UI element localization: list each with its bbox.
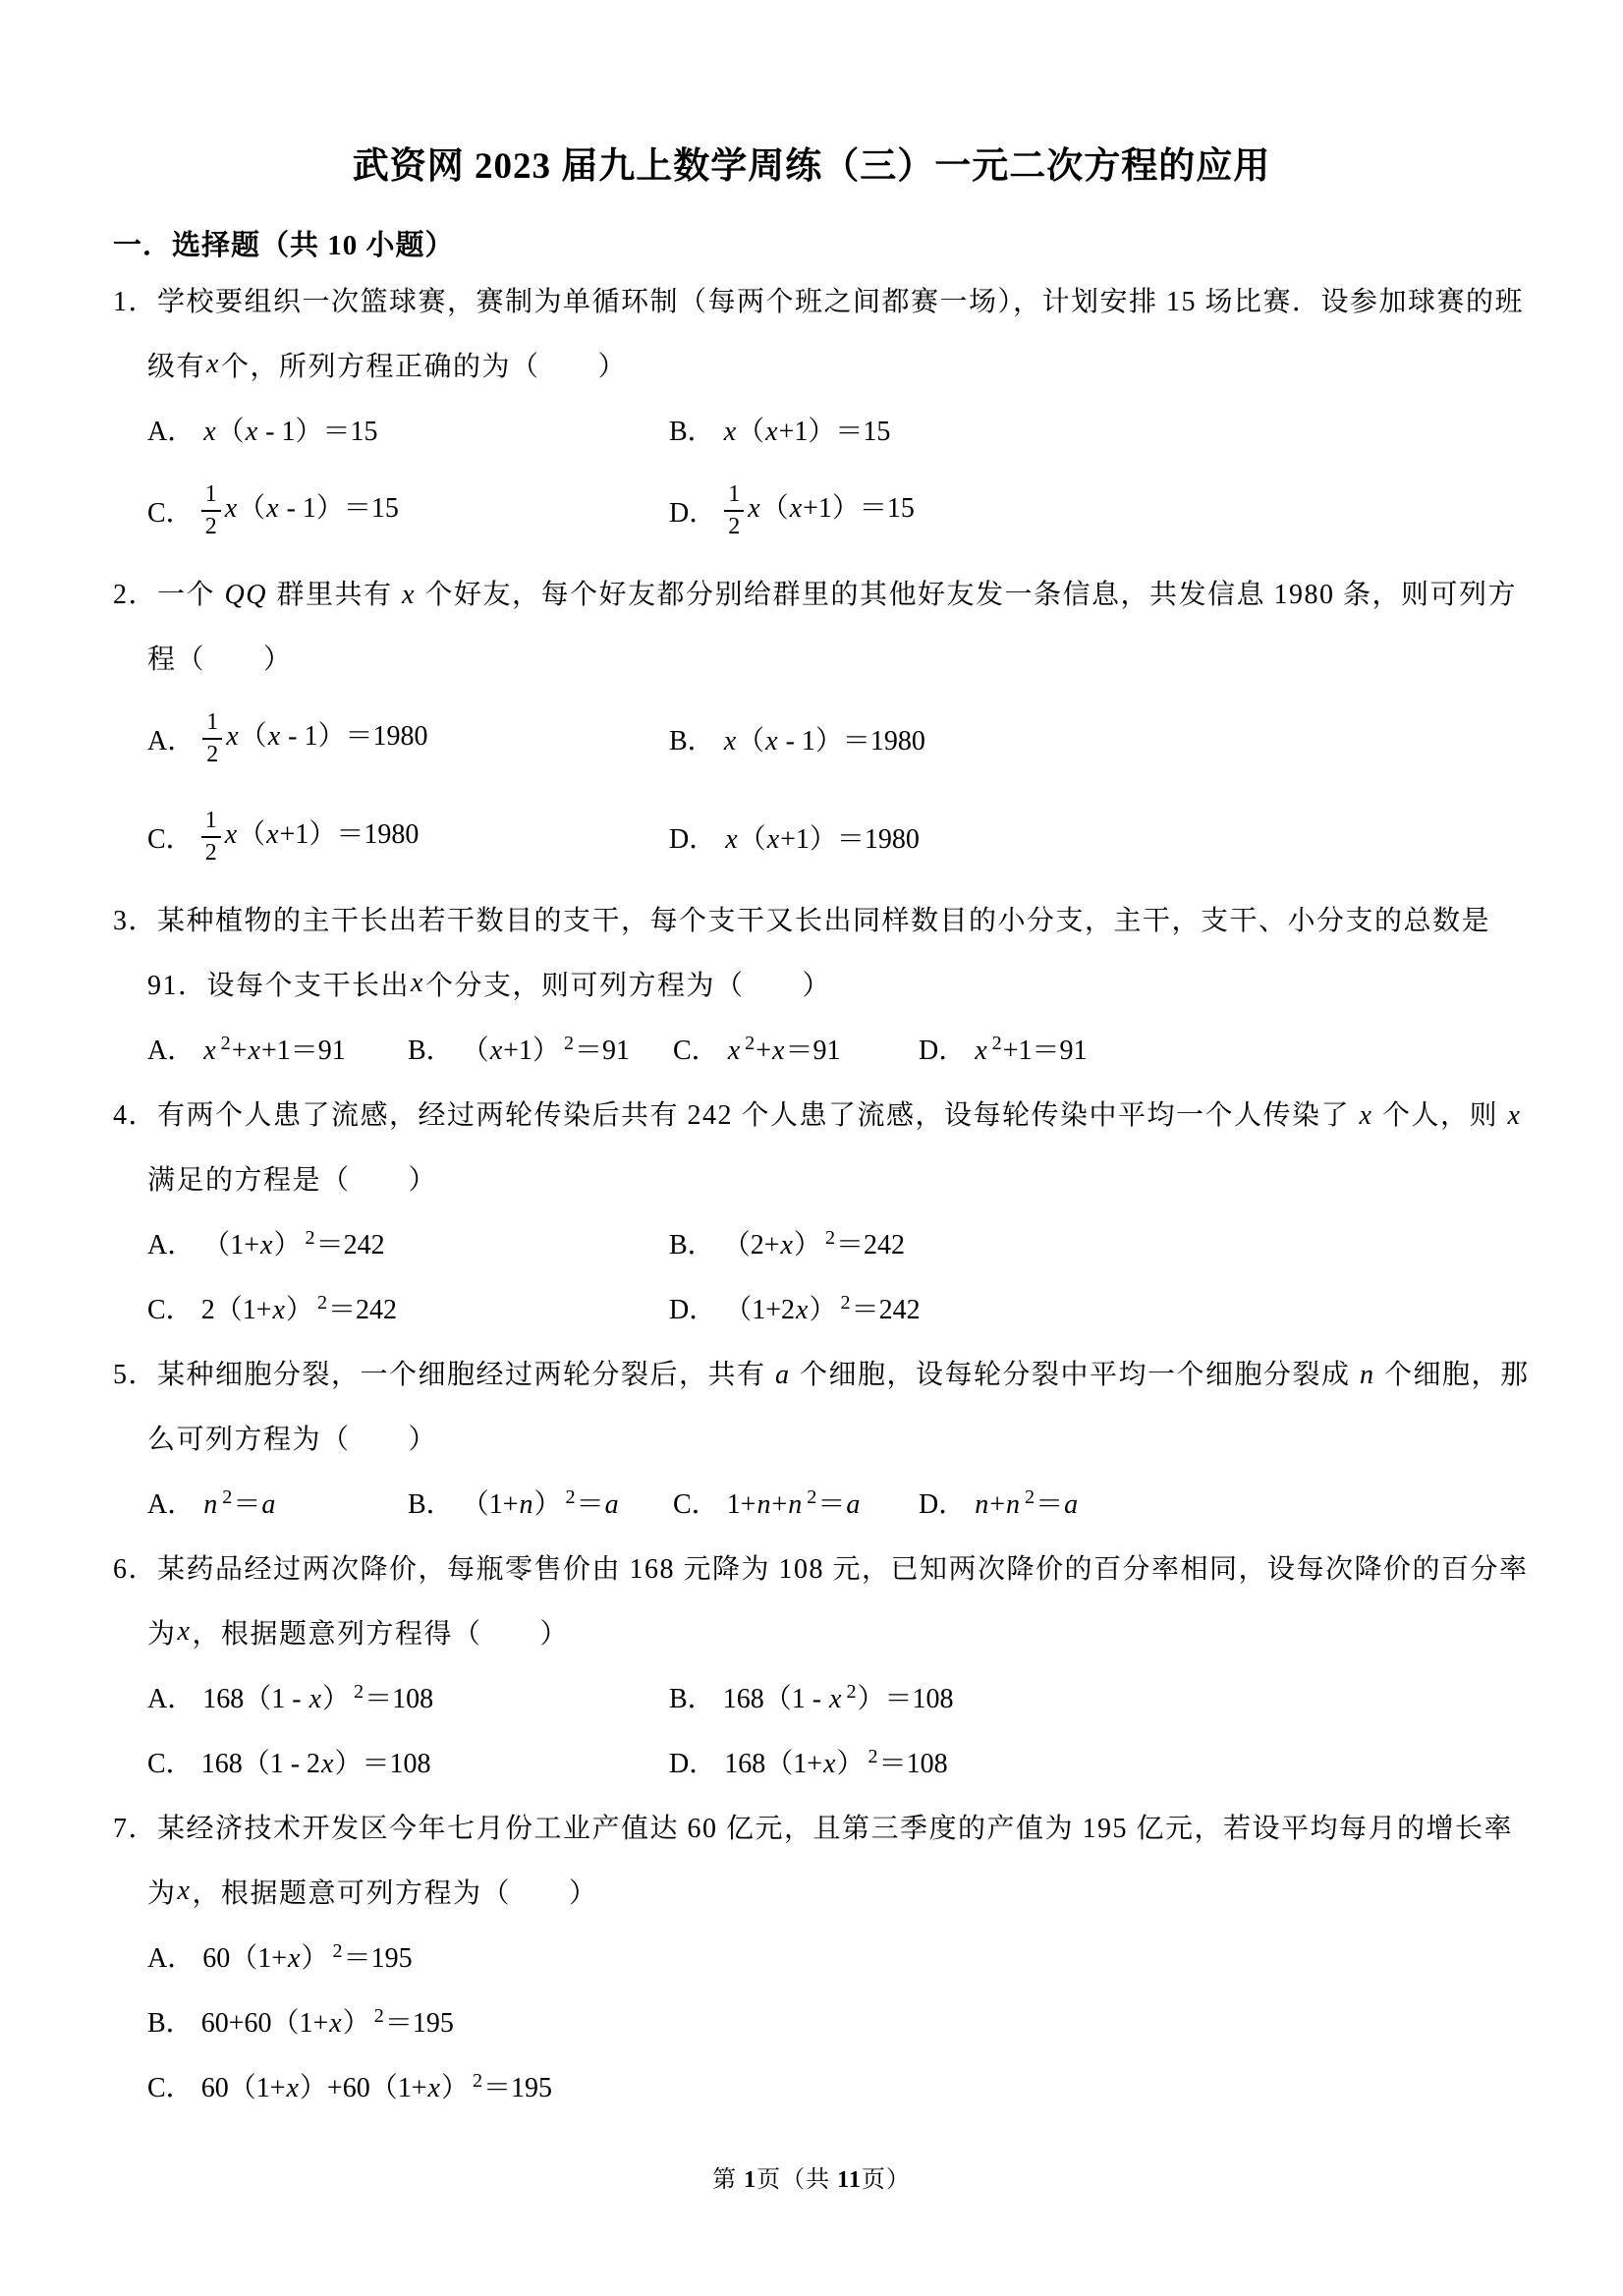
option-label: D． bbox=[669, 1288, 716, 1327]
question-5-option-c: C．1+n+n2＝a bbox=[673, 1483, 919, 1522]
option-math: x2+x＝91 bbox=[727, 1029, 841, 1068]
option-label: A． bbox=[147, 1483, 195, 1522]
question-5-options-row: A．n2＝a B．（1+n）2＝a C．1+n+n2＝a D．n+n2＝a bbox=[113, 1470, 1510, 1535]
question-6-number: 6． bbox=[113, 1547, 157, 1587]
question-4-number: 4． bbox=[113, 1093, 157, 1133]
question-4-stem-line-1: 4．有两个人患了流感，经过两轮传染后共有 242 个人患了流感，设每轮传染中平均… bbox=[113, 1081, 1510, 1146]
option-math: （1+2x）2＝242 bbox=[724, 1288, 920, 1327]
option-label: B． bbox=[408, 1483, 454, 1522]
question-1-option-b: B．x（x+1）＝15 bbox=[669, 410, 890, 449]
option-label: A． bbox=[147, 1223, 195, 1262]
question-6-text: 某药品经过两次降价，每瓶零售价由 168 元降为 108 元，已知两次降价的百分… bbox=[157, 1547, 1529, 1587]
question-4-option-a: A．（1+x）2＝242 bbox=[147, 1223, 669, 1262]
option-label: D． bbox=[669, 1742, 716, 1781]
fraction: 12 bbox=[724, 480, 744, 541]
question-2-option-a: A．12x（x - 1）＝1980 bbox=[147, 708, 669, 769]
option-math: x（x+1）＝15 bbox=[723, 410, 891, 449]
question-1-number: 1． bbox=[113, 280, 157, 319]
option-math: x2+1＝91 bbox=[974, 1029, 1087, 1068]
option-label: A． bbox=[147, 719, 195, 758]
question-6-options-row-1: A．168（1 - x）2＝108 B．168（1 - x2）＝108 bbox=[113, 1664, 1510, 1729]
question-5-stem-line-1: 5．某种细胞分裂，一个细胞经过两轮分裂后，共有 a 个细胞，设每轮分裂中平均一个… bbox=[113, 1340, 1510, 1405]
option-label: C． bbox=[673, 1483, 719, 1522]
question-1-options-row-1: A．x（x - 1）＝15 B．x（x+1）＝15 bbox=[113, 397, 1510, 462]
question-4-text: 有两个人患了流感，经过两轮传染后共有 242 个人患了流感，设每轮传染中平均一个… bbox=[157, 1093, 1522, 1133]
question-1-stem-line-2: 级有 x 个，所列方程正确的为（ ） bbox=[113, 332, 1510, 397]
question-5: 5．某种细胞分裂，一个细胞经过两轮分裂后，共有 a 个细胞，设每轮分裂中平均一个… bbox=[113, 1340, 1510, 1535]
fraction: 12 bbox=[201, 480, 221, 541]
option-label: A． bbox=[147, 1936, 195, 1976]
question-4-stem-line-2: 满足的方程是（ ） bbox=[113, 1146, 1510, 1210]
option-math: （1+x）2＝242 bbox=[202, 1223, 384, 1262]
question-7-option-c: C．60（1+x）+60（1+x）2＝195 bbox=[147, 2066, 552, 2105]
question-2-number: 2． bbox=[113, 573, 157, 612]
option-math: x（x+1）＝1980 bbox=[724, 817, 920, 857]
question-4-option-b: B．（2+x）2＝242 bbox=[669, 1223, 905, 1262]
question-5-text: 某种细胞分裂，一个细胞经过两轮分裂后，共有 a 个细胞，设每轮分裂中平均一个细胞… bbox=[157, 1353, 1530, 1392]
option-label: C． bbox=[147, 817, 194, 857]
fraction: 12 bbox=[201, 807, 221, 868]
worksheet-page: 武资网 2023 届九上数学周练（三）一元二次方程的应用 一．选择题（共 10 … bbox=[0, 0, 1623, 2296]
option-math: （1+n）2＝a bbox=[462, 1483, 620, 1522]
question-5-option-a: A．n2＝a bbox=[147, 1483, 408, 1522]
question-1-option-a: A．x（x - 1）＝15 bbox=[147, 410, 669, 449]
option-math: （2+x）2＝242 bbox=[723, 1223, 905, 1262]
question-2-option-c: C．12x（x+1）＝1980 bbox=[147, 807, 669, 868]
question-6-stem-line-2: 为 x，根据题意列方程得（ ） bbox=[113, 1599, 1510, 1664]
question-4: 4．有两个人患了流感，经过两轮传染后共有 242 个人患了流感，设每轮传染中平均… bbox=[113, 1081, 1510, 1340]
question-2-options-row-1: A．12x（x - 1）＝1980 B．x（x - 1）＝1980 bbox=[113, 690, 1510, 788]
option-math: 60（1+x）2＝195 bbox=[202, 1936, 412, 1976]
question-7-option-b: B．60+60（1+x）2＝195 bbox=[147, 2001, 454, 2041]
question-6-option-c: C．168（1 - 2x）＝108 bbox=[147, 1742, 669, 1781]
question-5-number: 5． bbox=[113, 1353, 157, 1392]
question-6: 6．某药品经过两次降价，每瓶零售价由 168 元降为 108 元，已知两次降价的… bbox=[113, 1535, 1510, 1794]
question-2-stem-line-1: 2．一个 QQ 群里共有 x 个好友，每个好友都分别给群里的其他好友发一条信息，… bbox=[113, 560, 1510, 625]
question-1-text: 学校要组织一次篮球赛，赛制为单循环制（每两个班之间都赛一场），计划安排 15 场… bbox=[157, 280, 1524, 319]
question-7: 7．某经济技术开发区今年七月份工业产值达 60 亿元，且第三季度的产值为 195… bbox=[113, 1794, 1510, 2118]
question-3-option-c: C．x2+x＝91 bbox=[673, 1029, 919, 1068]
question-1-options-row-2: C．12x（x - 1）＝15 D．12x（x+1）＝15 bbox=[113, 462, 1510, 560]
option-label: C． bbox=[673, 1029, 719, 1068]
option-label: C． bbox=[147, 1288, 194, 1327]
question-3-option-d: D．x2+1＝91 bbox=[919, 1029, 1088, 1068]
question-7-text: 某经济技术开发区今年七月份工业产值达 60 亿元，且第三季度的产值为 195 亿… bbox=[157, 1807, 1513, 1846]
option-label: A． bbox=[147, 1029, 195, 1068]
question-1-option-c: C．12x（x - 1）＝15 bbox=[147, 480, 669, 541]
option-label: C． bbox=[147, 491, 194, 531]
question-2: 2．一个 QQ 群里共有 x 个好友，每个好友都分别给群里的其他好友发一条信息，… bbox=[113, 560, 1510, 886]
option-label: D． bbox=[669, 491, 716, 531]
question-7-stem-line-2: 为 x，根据题意可列方程为（ ） bbox=[113, 1859, 1510, 1924]
question-1-option-d: D．12x（x+1）＝15 bbox=[669, 480, 915, 541]
question-4-option-d: D．（1+2x）2＝242 bbox=[669, 1288, 921, 1327]
option-math: 168（1+x）2＝108 bbox=[724, 1742, 947, 1781]
option-label: D． bbox=[919, 1029, 966, 1068]
option-math: n2＝a bbox=[202, 1483, 276, 1522]
section-header: 一．选择题（共 10 小题） bbox=[113, 224, 1510, 267]
question-3-number: 3． bbox=[113, 899, 157, 938]
option-math: 60+60（1+x）2＝195 bbox=[201, 2001, 454, 2041]
question-2-option-b: B．x（x - 1）＝1980 bbox=[669, 719, 925, 758]
option-math: 12x（x+1）＝15 bbox=[724, 480, 915, 541]
option-math: x2+x+1＝91 bbox=[202, 1029, 346, 1068]
question-2-text: 一个 QQ 群里共有 x 个好友，每个好友都分别给群里的其他好友发一条信息，共发… bbox=[157, 573, 1517, 612]
fraction: 12 bbox=[202, 708, 222, 769]
option-label: D． bbox=[919, 1483, 966, 1522]
page-title: 武资网 2023 届九上数学周练（三）一元二次方程的应用 bbox=[113, 0, 1510, 189]
question-7-option-a: A．60（1+x）2＝195 bbox=[147, 1936, 413, 1976]
question-1: 1．学校要组织一次篮球赛，赛制为单循环制（每两个班之间都赛一场），计划安排 15… bbox=[113, 267, 1510, 560]
option-math: 12x（x - 1）＝1980 bbox=[202, 708, 427, 769]
option-math: 168（1 - 2x）＝108 bbox=[201, 1742, 431, 1781]
question-3-option-b: B．（x+1）2＝91 bbox=[408, 1029, 673, 1068]
question-7-option-a-row: A．60（1+x）2＝195 bbox=[113, 1924, 1510, 1988]
option-label: B． bbox=[669, 1677, 715, 1716]
option-label: C． bbox=[147, 1742, 194, 1781]
option-label: B． bbox=[147, 2001, 194, 2041]
question-1-stem-line-1: 1．学校要组织一次篮球赛，赛制为单循环制（每两个班之间都赛一场），计划安排 15… bbox=[113, 267, 1510, 332]
question-6-options-row-2: C．168（1 - 2x）＝108 D．168（1+x）2＝108 bbox=[113, 1729, 1510, 1794]
option-label: A． bbox=[147, 410, 195, 449]
question-4-option-c: C．2（1+x）2＝242 bbox=[147, 1288, 669, 1327]
question-4-options-row-2: C．2（1+x）2＝242 D．（1+2x）2＝242 bbox=[113, 1275, 1510, 1340]
option-math: n+n2＝a bbox=[974, 1483, 1079, 1522]
option-label: B． bbox=[669, 410, 715, 449]
question-4-options-row-1: A．（1+x）2＝242 B．（2+x）2＝242 bbox=[113, 1210, 1510, 1275]
question-2-options-row-2: C．12x（x+1）＝1980 D．x（x+1）＝1980 bbox=[113, 788, 1510, 886]
question-5-option-b: B．（1+n）2＝a bbox=[408, 1483, 673, 1522]
question-7-option-c-row: C．60（1+x）+60（1+x）2＝195 bbox=[113, 2053, 1510, 2118]
question-7-number: 7． bbox=[113, 1807, 157, 1846]
question-7-stem-line-1: 7．某经济技术开发区今年七月份工业产值达 60 亿元，且第三季度的产值为 195… bbox=[113, 1794, 1510, 1859]
option-math: （x+1）2＝91 bbox=[462, 1029, 630, 1068]
question-5-stem-line-2: 么可列方程为（ ） bbox=[113, 1405, 1510, 1470]
option-math: 60（1+x）+60（1+x）2＝195 bbox=[201, 2066, 552, 2105]
option-label: D． bbox=[669, 817, 716, 857]
question-7-option-b-row: B．60+60（1+x）2＝195 bbox=[113, 1988, 1510, 2053]
option-math: 12x（x+1）＝1980 bbox=[201, 807, 420, 868]
question-3-stem-line-2: 91．设每个支干长出 x 个分支，则可列方程为（ ） bbox=[113, 951, 1510, 1016]
option-label: B． bbox=[669, 719, 715, 758]
page-footer: 第 1页（共 11页） bbox=[113, 2159, 1510, 2194]
option-label: B． bbox=[669, 1223, 715, 1262]
question-6-option-a: A．168（1 - x）2＝108 bbox=[147, 1677, 669, 1716]
question-5-option-d: D．n+n2＝a bbox=[919, 1483, 1079, 1522]
question-2-option-d: D．x（x+1）＝1980 bbox=[669, 817, 920, 857]
option-label: B． bbox=[408, 1029, 454, 1068]
question-6-option-d: D．168（1+x）2＝108 bbox=[669, 1742, 948, 1781]
option-math: 1+n+n2＝a bbox=[727, 1483, 862, 1522]
question-3-stem-line-1: 3．某种植物的主干长出若干数目的支干，每个支干又长出同样数目的小分支，主干，支干… bbox=[113, 886, 1510, 951]
question-3-text: 某种植物的主干长出若干数目的支干，每个支干又长出同样数目的小分支，主干，支干、小… bbox=[157, 899, 1490, 938]
page-content: 武资网 2023 届九上数学周练（三）一元二次方程的应用 一．选择题（共 10 … bbox=[0, 0, 1623, 2194]
question-3-option-a: A．x2+x+1＝91 bbox=[147, 1029, 408, 1068]
option-math: x（x - 1）＝15 bbox=[202, 410, 377, 449]
question-2-stem-line-2: 程（ ） bbox=[113, 625, 1510, 690]
option-label: A． bbox=[147, 1677, 195, 1716]
option-math: 168（1 - x2）＝108 bbox=[723, 1677, 954, 1716]
option-math: 2（1+x）2＝242 bbox=[201, 1288, 397, 1327]
option-label: C． bbox=[147, 2066, 194, 2105]
question-6-option-b: B．168（1 - x2）＝108 bbox=[669, 1677, 954, 1716]
option-math: x（x - 1）＝1980 bbox=[723, 719, 925, 758]
question-3-options-row: A．x2+x+1＝91 B．（x+1）2＝91 C．x2+x＝91 D．x2+1… bbox=[113, 1016, 1510, 1081]
option-math: 12x（x - 1）＝15 bbox=[201, 480, 399, 541]
question-3: 3．某种植物的主干长出若干数目的支干，每个支干又长出同样数目的小分支，主干，支干… bbox=[113, 886, 1510, 1081]
option-math: 168（1 - x）2＝108 bbox=[202, 1677, 433, 1716]
question-6-stem-line-1: 6．某药品经过两次降价，每瓶零售价由 168 元降为 108 元，已知两次降价的… bbox=[113, 1535, 1510, 1599]
